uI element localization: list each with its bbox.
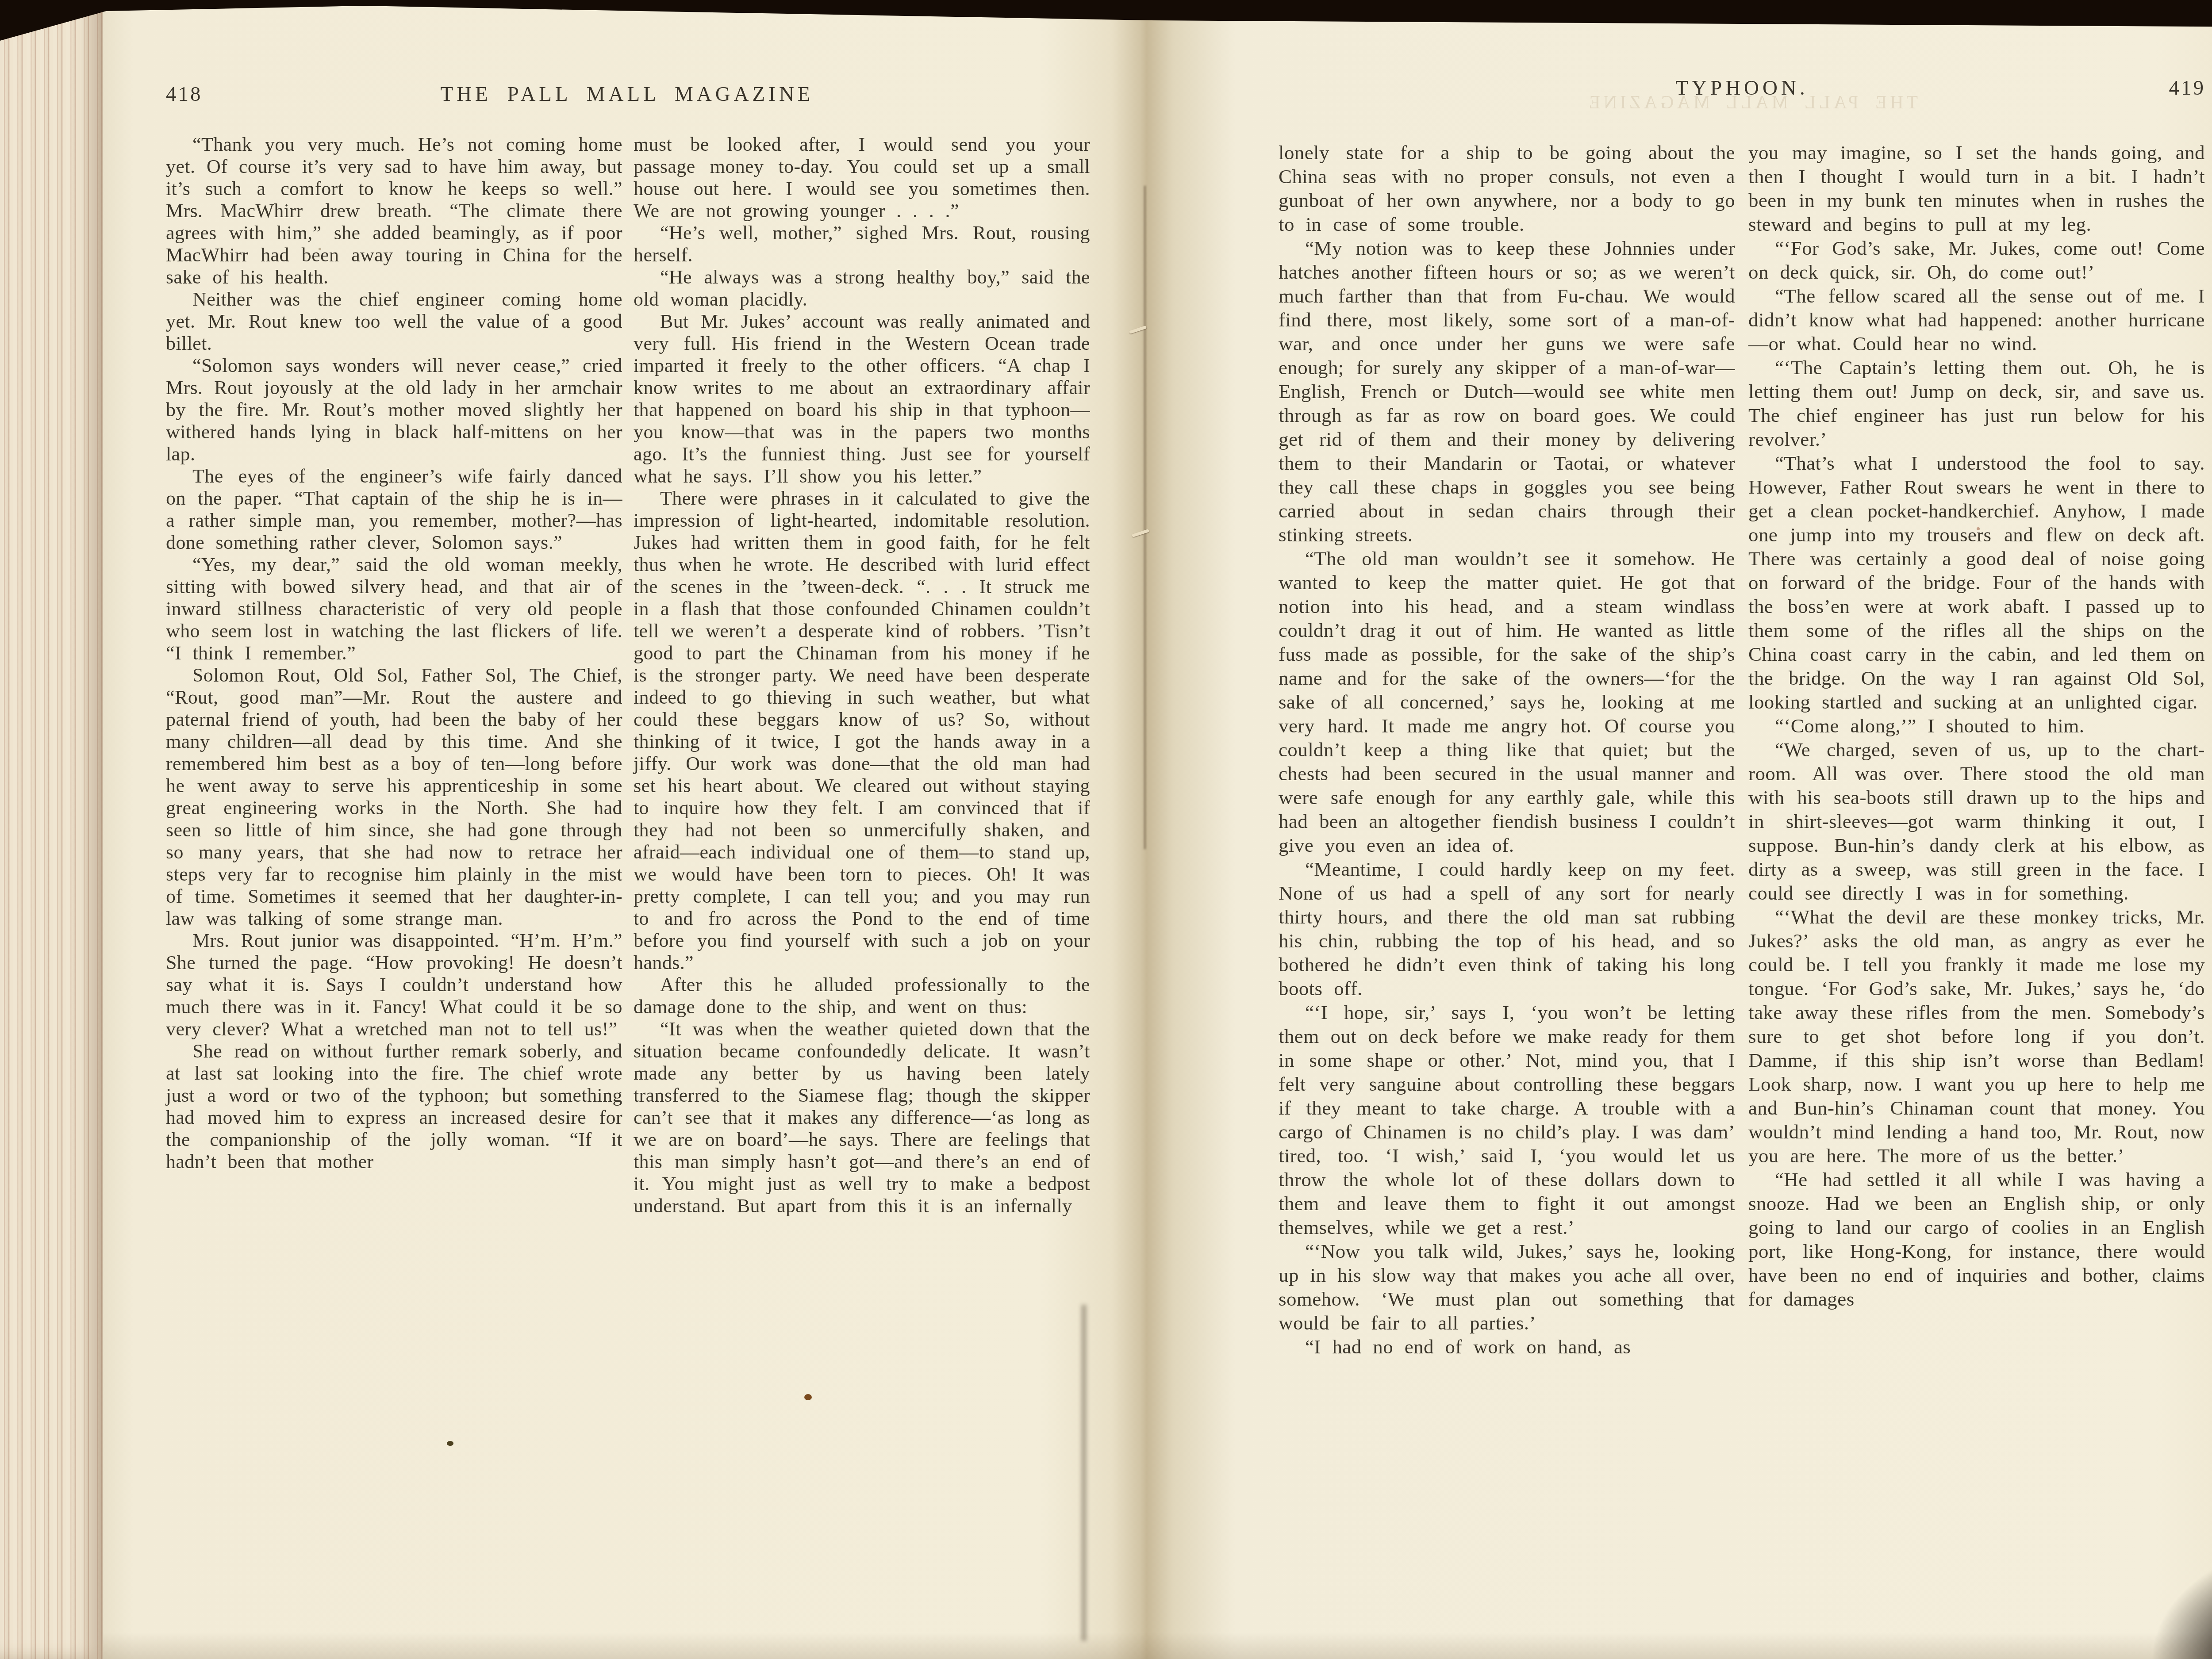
paragraph: “Solomon says wonders will never cease,”…	[166, 355, 622, 465]
paragraph: But Mr. Jukes’ account was really animat…	[634, 310, 1090, 487]
page-number-418: 418	[166, 82, 203, 106]
left-page-column-1: “Thank you very much. He’s not coming ho…	[166, 134, 622, 1173]
paragraph: “That’s what I understood the fool to sa…	[1748, 451, 2205, 714]
right-page-header: TYPHOON. 419	[1279, 76, 2205, 100]
left-page-column-2: must be looked after, I would send you y…	[634, 134, 1090, 1217]
paragraph: There were phrases in it calculated to g…	[634, 487, 1090, 974]
book-gutter	[1144, 186, 1146, 849]
paragraph: She read on without further remark sober…	[166, 1040, 622, 1173]
right-page-column-2: you may imagine, so I set the hands goin…	[1748, 141, 2205, 1311]
paragraph: “‘For God’s sake, Mr. Jukes, come out! C…	[1748, 236, 2205, 284]
paragraph: “It was when the weather quieted down th…	[634, 1018, 1090, 1217]
paragraph: “Meantime, I could hardly keep on my fee…	[1279, 857, 1735, 1000]
left-page-header: 418 THE PALL MALL MAGAZINE	[166, 82, 1088, 106]
paragraph: “The old man wouldn’t see it somehow. He…	[1279, 547, 1735, 857]
paragraph: “He had settled it all while I was havin…	[1748, 1168, 2205, 1311]
paragraph: After this he alluded professionally to …	[634, 974, 1090, 1018]
foxing-speck	[447, 1441, 453, 1446]
paragraph: “‘What the devil are these monkey tricks…	[1748, 905, 2205, 1168]
paragraph: The eyes of the engineer’s wife fairly d…	[166, 465, 622, 554]
right-page-column-1: lonely state for a ship to be going abou…	[1279, 141, 1735, 1359]
paragraph: “My notion was to keep these Johnnies un…	[1279, 236, 1735, 547]
scan-corner-shadow	[2150, 1535, 2212, 1659]
paragraph: “‘Now you talk wild, Jukes,’ says he, lo…	[1279, 1239, 1735, 1335]
paragraph: “‘Come along,’” I shouted to him.	[1748, 714, 2205, 738]
paragraph: “He always was a strong healthy boy,” sa…	[634, 266, 1090, 310]
paragraph: “He’s well, mother,” sighed Mrs. Rout, r…	[634, 222, 1090, 266]
book-gutter-shadow	[1081, 1305, 1087, 1641]
running-title-right: TYPHOON.	[1279, 76, 2205, 100]
paragraph: “We charged, seven of us, up to the char…	[1748, 738, 2205, 905]
book-scan: 418 THE PALL MALL MAGAZINE THE PALL MALL…	[0, 0, 2212, 1659]
page-number-419: 419	[2169, 76, 2206, 100]
paragraph: Solomon Rout, Old Sol, Father Sol, The C…	[166, 664, 622, 930]
paragraph: must be looked after, I would send you y…	[634, 134, 1090, 222]
paragraph: “‘The Captain’s letting them out. Oh, he…	[1748, 356, 2205, 451]
page-edges-left	[0, 0, 103, 1659]
paragraph: you may imagine, so I set the hands goin…	[1748, 141, 2205, 236]
paragraph: “I had no end of work on hand, as	[1279, 1335, 1735, 1359]
paragraph: lonely state for a ship to be going abou…	[1279, 141, 1735, 236]
running-title-left: THE PALL MALL MAGAZINE	[166, 82, 1088, 106]
paragraph: Neither was the chief engineer coming ho…	[166, 288, 622, 355]
paragraph: “The fellow scared all the sense out of …	[1748, 284, 2205, 356]
paragraph: Mrs. Rout junior was disappointed. “H’m.…	[166, 930, 622, 1040]
paragraph: “Thank you very much. He’s not coming ho…	[166, 134, 622, 288]
paragraph: “‘I hope, sir,’ says I, ‘you won’t be le…	[1279, 1000, 1735, 1239]
foxing-speck	[804, 1394, 812, 1400]
paragraph: “Yes, my dear,” said the old woman meekl…	[166, 554, 622, 664]
